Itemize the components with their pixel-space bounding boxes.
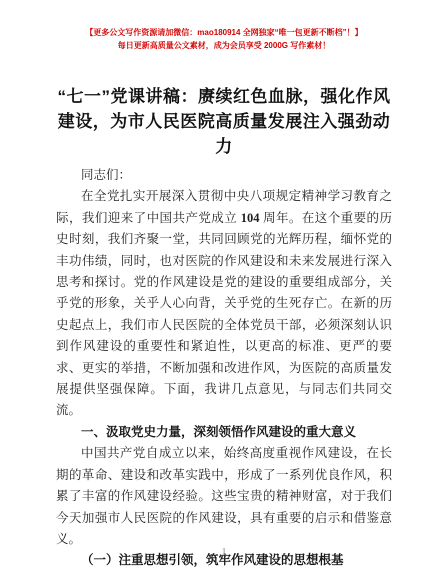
watermark-line-2-number: 2000G [264,41,288,50]
salutation: 同志们： [56,165,392,186]
document-body: 同志们： 在全党扎实开展深入贯彻中央八项规定精神学习教育之际，我们迎来了中国共产… [56,165,392,572]
watermark-line-2: 每日更新高质量公文素材，成为会员享受 2000G 写作素材！ [56,39,392,52]
document-title-line-2: 建设，为市人民医院高质量发展注入强劲动力 [58,112,391,156]
document-page: 【更多公文写作资源请加微信：mao180914 全网独家“唯一包更新不断档”！】… [0,0,448,580]
paragraph-1-text-b: 周年。在这个重要的历史时刻，我们齐聚一堂，共同回顾党的光辉历程，缅怀党的丰功伟绩… [56,211,392,418]
watermark-line-1: 【更多公文写作资源请加微信：mao180914 全网独家“唯一包更新不断档”！】 [56,26,392,39]
section-heading-1: 一、汲取党史力量，深刻领悟作风建设的重大意义 [56,422,392,443]
watermark-header: 【更多公文写作资源请加微信：mao180914 全网独家“唯一包更新不断档”！】… [56,26,392,52]
watermark-line-2-text: 每日更新高质量公文素材，成为会员享受 [118,41,264,50]
page-number: 1 [0,546,448,558]
paragraph-1-anniversary-number: 104 [241,211,260,225]
watermark-line-2-suffix: 写作素材！ [288,41,330,50]
document-title-line-1: “七一”党课讲稿：赓续红色血脉，强化作风 [58,87,391,106]
paragraph-1: 在全党扎实开展深入贯彻中央八项规定精神学习教育之际，我们迎来了中国共产党成立 1… [56,186,392,421]
paragraph-2: 中国共产党自成立以来，始终高度重视作风建设，在长期的革命、建设和改革实践中，形成… [56,443,392,550]
document-title: “七一”党课讲稿：赓续红色血脉，强化作风 建设，为市人民医院高质量发展注入强劲动… [56,84,392,159]
